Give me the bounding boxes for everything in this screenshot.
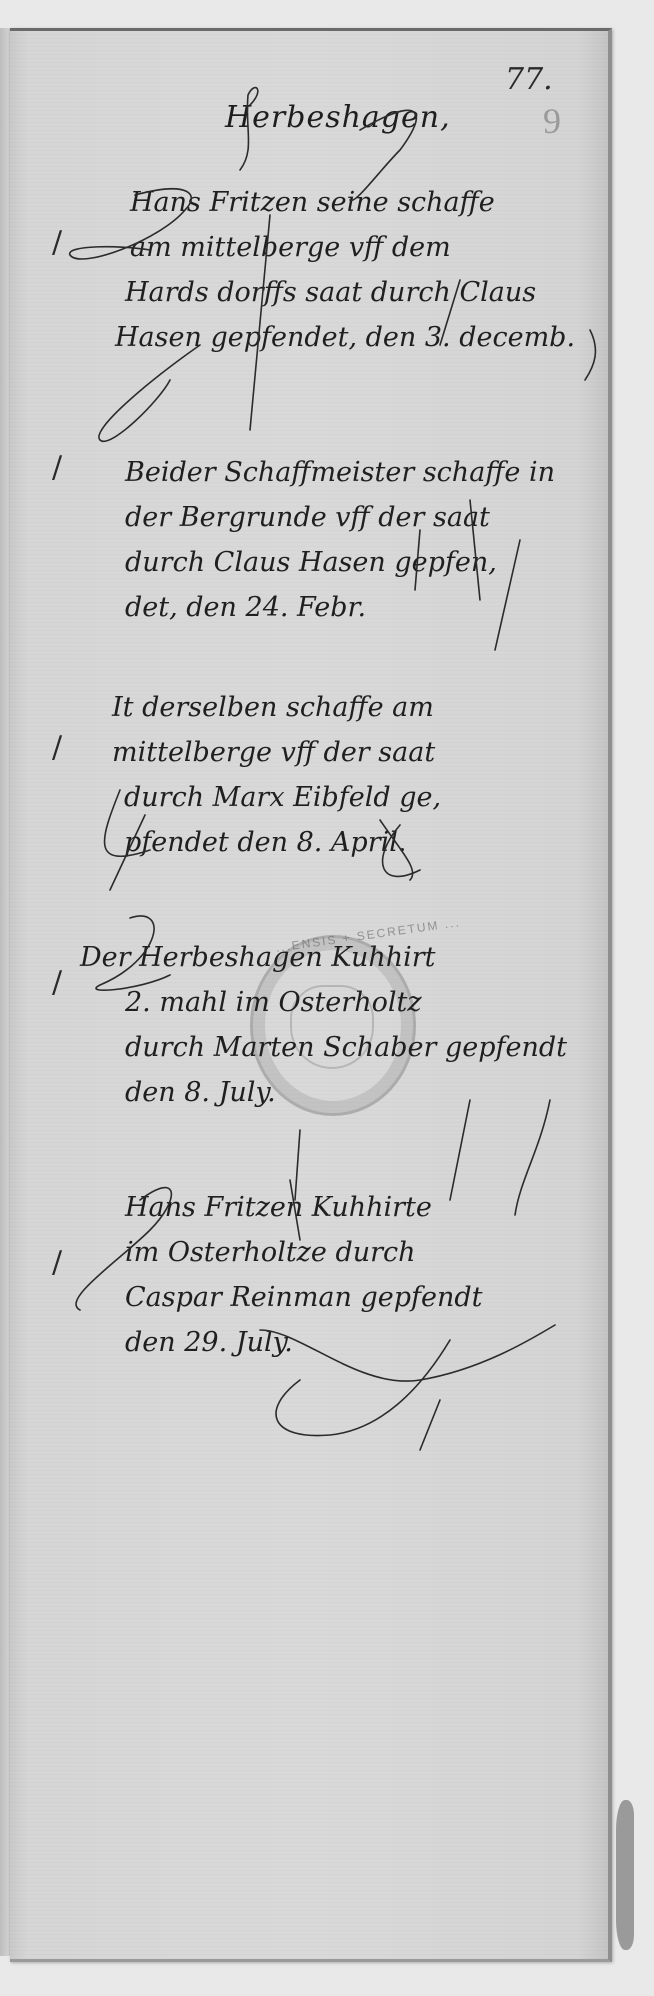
entry-line: Hasen gepfendet, den 3. decemb.: [115, 315, 575, 360]
margin-mark: /: [52, 450, 62, 485]
entry-4: Der Herbeshagen Kuhhirt 2. mahl im Oster…: [80, 935, 540, 1115]
margin-mark: /: [52, 225, 62, 260]
pencil-folio-number: 9: [543, 100, 561, 142]
margin-mark: /: [52, 1245, 62, 1280]
entry-line: It derselben schaffe am: [112, 685, 572, 730]
entry-line: durch Marten Schaber gepfendt: [80, 1025, 540, 1070]
entry-3: It derselben schaffe am mittelberge vff …: [112, 685, 572, 865]
entry-line: im Osterholtze durch: [125, 1230, 585, 1275]
entry-line: pfendet den 8. April.: [112, 820, 572, 865]
entry-line: mittelberge vff der saat: [112, 730, 572, 775]
entry-line: Hards dorffs saat durch Claus: [115, 270, 575, 315]
margin-mark: /: [52, 965, 62, 1000]
entry-line: Der Herbeshagen Kuhhirt: [80, 935, 540, 980]
entry-line: durch Claus Hasen gepfen,: [125, 540, 585, 585]
entry-1: Hans Fritzen seine schaffe am mittelberg…: [115, 180, 575, 360]
folio-number: 77.: [505, 62, 553, 97]
entry-5: Hans Fritzen Kuhhirte im Osterholtze dur…: [125, 1185, 585, 1365]
entry-line: Caspar Reinman gepfendt: [125, 1275, 585, 1320]
entry-line: det, den 24. Febr.: [125, 585, 585, 630]
entry-line: durch Marx Eibfeld ge,: [112, 775, 572, 820]
entry-line: der Bergrunde vff der saat: [125, 495, 585, 540]
entry-line: den 8. July.: [80, 1070, 540, 1115]
entry-line: am mittelberge vff dem: [115, 225, 575, 270]
entry-line: Hans Fritzen Kuhhirte: [125, 1185, 585, 1230]
entry-line: Hans Fritzen seine schaffe: [115, 180, 575, 225]
entry-line: 2. mahl im Osterholtz: [80, 980, 540, 1025]
margin-mark: /: [52, 730, 62, 765]
entry-line: den 29. July.: [125, 1320, 585, 1365]
page-heading: Herbeshagen,: [225, 100, 451, 135]
entry-2: Beider Schaffmeister schaffe in der Berg…: [125, 450, 585, 630]
entry-line: Beider Schaffmeister schaffe in: [125, 450, 585, 495]
paper-tab: [616, 1800, 634, 1950]
